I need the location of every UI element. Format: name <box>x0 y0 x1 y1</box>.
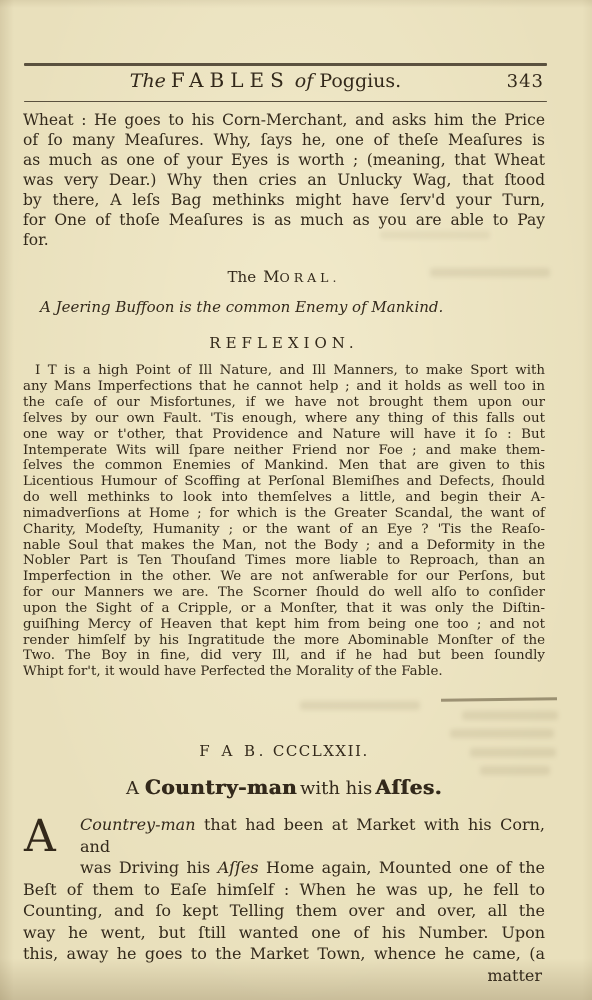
text-line: render himſelf by his Ingratitude the mo… <box>23 633 545 649</box>
reflexion-heading: REFLEXION. <box>23 334 545 352</box>
text-line: Counting, and ſo kept Telling them over … <box>23 900 545 922</box>
show-through-smudge <box>450 729 554 738</box>
text-line: Imperfection in the other. We are not an… <box>23 569 545 585</box>
line2-italic-word: Aſſes <box>218 858 259 877</box>
show-through-smudge <box>380 231 490 239</box>
text-line: Countrey-man that had been at Market wit… <box>23 814 545 857</box>
text-line: ſelves by our own Fault. 'Tis enough, wh… <box>23 411 545 427</box>
text-line: Charity, Modeſty, Humanity ; or the want… <box>23 522 545 538</box>
fable-paragraph-lines: Beſt of them to Eaſe himſelf : When he w… <box>23 879 545 965</box>
moral-heading-caps: ORAL. <box>279 270 340 285</box>
header-rule-top <box>24 63 547 66</box>
catchword: matter <box>23 965 545 987</box>
show-through-smudge <box>430 268 550 277</box>
text-line: I T is a high Point of Ill Nature, and I… <box>23 363 545 379</box>
text-line: the caſe of our Misfortunes, if we have … <box>23 395 545 411</box>
fable-roman-numeral: CCCLXXII. <box>273 742 369 760</box>
header-rule-bottom <box>24 101 547 103</box>
text-line: was very Dear.) Why then cries an Unluck… <box>23 170 545 190</box>
line1-italic-word: Countrey-man <box>80 815 196 834</box>
fable-title-a: A <box>126 778 139 799</box>
text-line: Wheat : He goes to his Corn-Merchant, an… <box>23 110 545 130</box>
moral-text: A Jeering Buffoon is the common Enemy of… <box>40 298 545 316</box>
book-page: TheFABLESof Poggius. 343 Wheat : He goes… <box>0 0 592 1000</box>
text-line: for One of thoſe Meaſures is as much as … <box>23 210 545 230</box>
fable-number-heading: F A B.CCCLXXII. <box>23 742 545 760</box>
text-line: for our Manners we are. The Scorner ſhou… <box>23 585 545 601</box>
text-line: Nobler Part is Ten Thouſand Times more l… <box>23 553 545 569</box>
fable-title-with: with his <box>300 778 372 799</box>
text-line: Two. The Boy in fine, did very Ill, and … <box>23 648 545 664</box>
show-through-rule <box>441 697 557 701</box>
show-through-smudge <box>462 711 558 720</box>
running-title-of: of <box>295 70 313 92</box>
text-line: Licentious Humour of Scoffing at Perſona… <box>23 474 545 490</box>
text-line: this, away he goes to the Market Town, w… <box>23 943 545 965</box>
running-title: TheFABLESof Poggius. <box>24 68 507 92</box>
moral-heading-the: The <box>228 268 257 286</box>
drop-cap: A <box>24 818 56 856</box>
moral-heading-initial: M <box>263 267 279 286</box>
text-line: as much as one of your Eyes is worth ; (… <box>23 150 545 170</box>
text-line: one way or t'other, that Providence and … <box>23 427 545 443</box>
text-line: upon the Sight of a Cripple, or a Monſte… <box>23 601 545 617</box>
text-line: Whipt for't, it would have Perfected the… <box>23 664 545 680</box>
show-through-smudge <box>300 701 420 710</box>
text-line: nimadverſions at Home ; for which is the… <box>23 506 545 522</box>
line2-text-c: Home again, Mounted one of the <box>259 858 545 877</box>
show-through-smudge <box>480 766 550 775</box>
text-line: do well methinks to look into themſelves… <box>23 490 545 506</box>
fable-title-countryman: Country-man <box>145 775 297 799</box>
running-header: TheFABLESof Poggius. 343 <box>24 68 547 98</box>
line2-text-a: was Driving his <box>80 858 218 877</box>
text-line: ſelves the common Enemies of Mankind. Me… <box>23 458 545 474</box>
running-title-fables: FABLES <box>171 68 290 92</box>
text-line: of ſo many Meaſures. Why, ſays he, one o… <box>23 130 545 150</box>
fable-opening-paragraph: A Countrey-man that had been at Market w… <box>23 814 545 986</box>
fable-title-asses: Aſſes. <box>375 775 442 799</box>
text-line: was Driving his Aſſes Home again, Mounte… <box>23 857 545 879</box>
text-line: way he went, but ſtill wanted one of his… <box>23 922 545 944</box>
text-line: by there, A leſs Bag methinks might have… <box>23 190 545 210</box>
text-line: any Mans Imperfections that he cannot he… <box>23 379 545 395</box>
running-title-author: Poggius. <box>319 70 401 92</box>
text-line: guiſhing Mercy of Heaven that kept him f… <box>23 617 545 633</box>
reflexion-paragraph: I T is a high Point of Ill Nature, and I… <box>23 363 545 680</box>
fable-title: A Country-manwith hisAſſes. <box>23 775 545 799</box>
show-through-smudge <box>470 748 556 757</box>
running-title-the: The <box>130 70 166 92</box>
text-line: Intemperate Wits will ſpare neither Frie… <box>23 443 545 459</box>
text-line: nable Soul that makes the Man, not the B… <box>23 538 545 554</box>
text-line: Beſt of them to Eaſe himſelf : When he w… <box>23 879 545 901</box>
page-number: 343 <box>507 71 544 92</box>
fable-label: F A B. <box>199 742 267 760</box>
fable-conclusion-paragraph: Wheat : He goes to his Corn-Merchant, an… <box>23 110 545 250</box>
